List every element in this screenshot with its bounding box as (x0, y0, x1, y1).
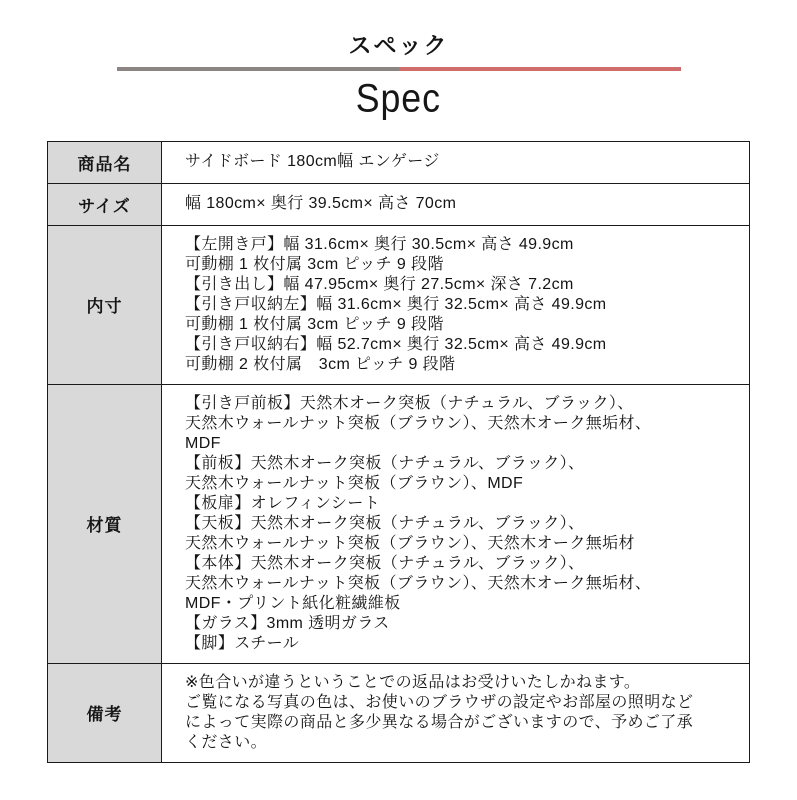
table-row-size: サイズ 幅 180cm× 奥行 39.5cm× 高さ 70cm (48, 183, 750, 225)
row-value-size: 幅 180cm× 奥行 39.5cm× 高さ 70cm (162, 183, 750, 225)
table-row-product-name: 商品名 サイドボード 180cm幅 エンゲージ (48, 141, 750, 183)
table-row-notes: 備考 ※色合いが違うということでの返品はお受けいたしかねます。 ご覧になる写真の… (48, 663, 750, 762)
row-label-size: サイズ (48, 183, 162, 225)
row-value-inner-dimensions: 【左開き戸】幅 31.6cm× 奥行 30.5cm× 高さ 49.9cm 可動棚… (162, 225, 750, 384)
section-title-japanese: スペック (0, 31, 797, 60)
section-title-english: Spec (356, 79, 441, 119)
divider-gray-segment (117, 67, 399, 71)
section-title-english-wrap: Spec (0, 80, 797, 118)
row-value-material: 【引き戸前板】天然木オーク突板（ナチュラル、ブラック）、 天然木ウォールナット突… (162, 384, 750, 663)
spec-table-body: 商品名 サイドボード 180cm幅 エンゲージ サイズ 幅 180cm× 奥行 … (48, 141, 750, 762)
header-divider (117, 67, 681, 71)
row-label-notes: 備考 (48, 663, 162, 762)
row-label-material: 材質 (48, 384, 162, 663)
row-label-product-name: 商品名 (48, 141, 162, 183)
divider-red-segment (399, 67, 681, 71)
row-label-inner-dimensions: 内寸 (48, 225, 162, 384)
spec-table: 商品名 サイドボード 180cm幅 エンゲージ サイズ 幅 180cm× 奥行 … (47, 141, 750, 763)
row-value-product-name: サイドボード 180cm幅 エンゲージ (162, 141, 750, 183)
spec-header: スペック Spec (0, 0, 797, 118)
table-row-inner-dimensions: 内寸 【左開き戸】幅 31.6cm× 奥行 30.5cm× 高さ 49.9cm … (48, 225, 750, 384)
table-row-material: 材質 【引き戸前板】天然木オーク突板（ナチュラル、ブラック）、 天然木ウォールナ… (48, 384, 750, 663)
row-value-notes: ※色合いが違うということでの返品はお受けいたしかねます。 ご覧になる写真の色は、… (162, 663, 750, 762)
